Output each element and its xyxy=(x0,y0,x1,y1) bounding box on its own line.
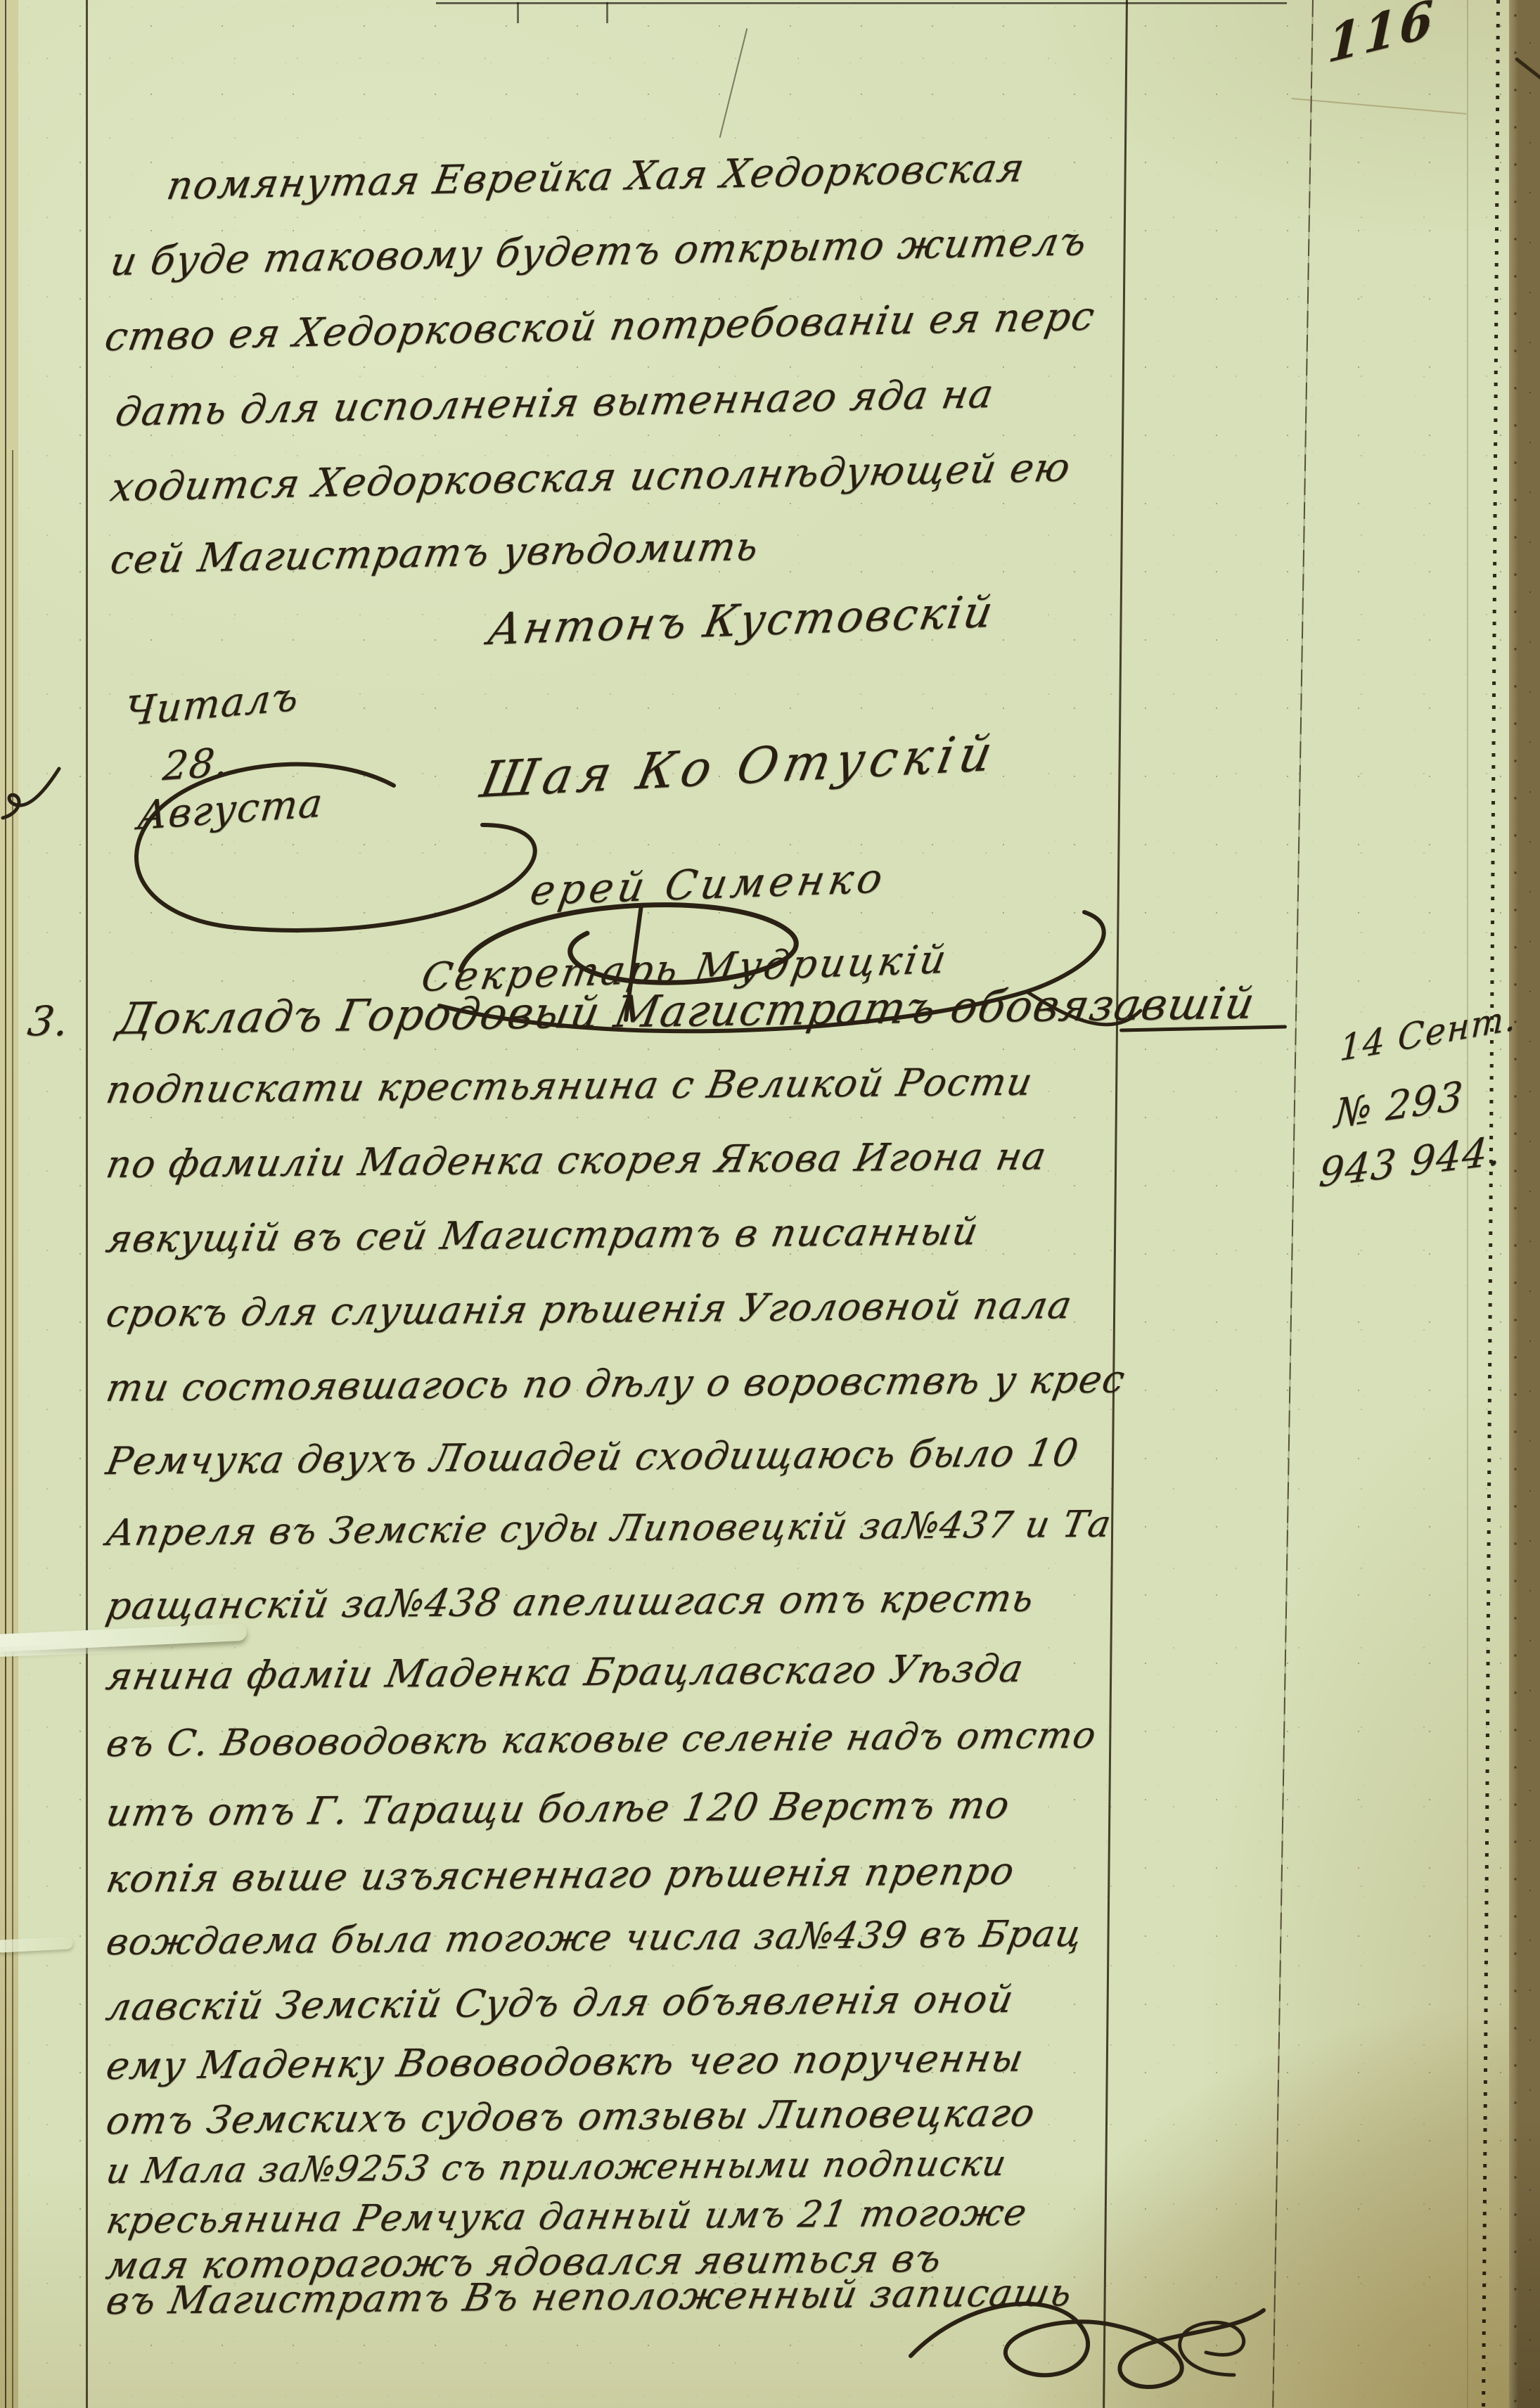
manuscript-line: сей Магистратъ увѣдомить xyxy=(107,524,762,584)
manuscript-line: подпискати крестьянина с Великой Рости xyxy=(103,1059,1037,1112)
manuscript-line: отъ Земскихъ судовъ отзывы Липовецкаго xyxy=(103,2090,1039,2143)
margin-page-refs: 943 944. xyxy=(1317,1128,1503,1197)
folio-number: 116 xyxy=(1326,0,1436,75)
manuscript-line: срокъ для слушанія рѣшенія Уголовной пал… xyxy=(103,1283,1076,1336)
manuscript-line: явкущій въ сей Магистратъ в писанный xyxy=(103,1209,982,1261)
manuscript-line: Ремчука двухъ Лошадей сходищаюсь было 10 xyxy=(103,1430,1082,1483)
binding-stitch-holes xyxy=(1482,0,1500,2408)
underlying-page-edge xyxy=(1509,0,1540,2408)
manuscript-line: лавскій Земскій Судъ для объявленія оной xyxy=(103,1977,1018,2029)
read-note-line1: Читалъ xyxy=(123,674,301,735)
manuscript-line: кресьянина Ремчука данный имъ 21 тогоже xyxy=(103,2192,1030,2243)
left-margin-rule xyxy=(86,0,88,2408)
manuscript-line: янина фаміи Маденка Брацлавскаго Уѣзда xyxy=(103,1646,1027,1698)
manuscript-line: Апреля въ Земскіе суды Липовецкій за№437… xyxy=(103,1503,1115,1554)
manuscript-line: итъ отъ Г. Таращи болѣе 120 Верстъ то xyxy=(103,1783,1014,1835)
left-edge-line-2 xyxy=(12,450,13,2408)
manuscript-line: ство ея Хедорковской потребованіи ея пер… xyxy=(101,293,1098,360)
manuscript-line: помянутая Еврейка Хая Хедорковская xyxy=(163,145,1028,209)
manuscript-line: въ Магистратъ Въ неположенный записашь xyxy=(103,2270,1077,2323)
entry-number: 3. xyxy=(25,997,72,1045)
manuscript-line: ходится Хедорковская исполнѣдующей ею xyxy=(107,444,1074,511)
secretary-flourish xyxy=(394,883,1181,1072)
left-edge-line xyxy=(5,0,6,2408)
margin-case-number: № 293 xyxy=(1333,1073,1465,1138)
right-column-rule xyxy=(1272,0,1314,2408)
scratch-mark xyxy=(719,28,748,138)
manuscript-line: ти состоявшагось по дѣлу о воровствѣ у к… xyxy=(103,1357,1129,1410)
manuscript-line: вождаема была тогоже числа за№439 въ Бра… xyxy=(103,1913,1086,1964)
top-edge-tick xyxy=(517,2,519,23)
binding-thread-small xyxy=(0,1936,73,1953)
manuscript-line: ращанскій за№438 апелишгася отъ кресть xyxy=(103,1575,1038,1628)
manuscript-line: копія выше изъясненнаго рѣшенія препро xyxy=(103,1849,1018,1901)
top-edge-line xyxy=(436,2,1287,4)
vertical-crease xyxy=(1467,0,1468,2408)
left-page-edge xyxy=(0,0,18,2408)
top-edge-tick xyxy=(606,2,608,23)
signature-official: Антонъ Кустовскій xyxy=(485,586,999,655)
manuscript-line: ему Маденку Вововодовкѣ чего порученны xyxy=(103,2036,1028,2088)
manuscript-line: въ С. Вововодовкѣ каковые селеніе надъ о… xyxy=(103,1715,1100,1765)
manuscript-line: и Мала за№9253 съ приложенными подписки xyxy=(103,2143,1010,2191)
left-edge-pen-mark xyxy=(0,763,67,830)
right-margin-rule xyxy=(1103,0,1128,2408)
manuscript-line: дать для исполненія вытеннаго яда на xyxy=(112,371,997,435)
corner-crease xyxy=(1291,98,1466,115)
manuscript-line: и буде таковому будетъ открыто жителъ xyxy=(107,219,1091,285)
manuscript-line: по фамиліи Маденка скорея Якова Игона на xyxy=(103,1134,1051,1186)
manuscript-page-scan: 116 Антонъ Кустовскій Читалъ 28. Августа… xyxy=(0,0,1540,2408)
